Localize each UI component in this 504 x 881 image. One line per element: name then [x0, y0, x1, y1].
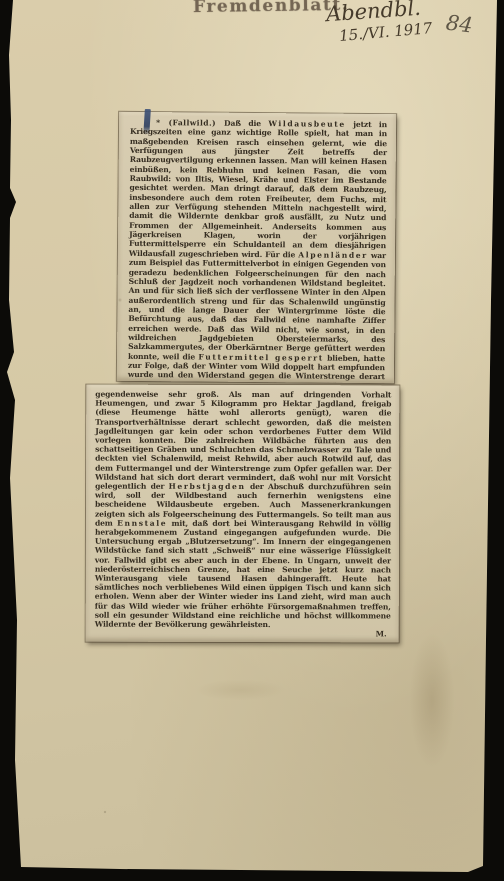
segment-lead: * (Fallwild.) — [156, 118, 224, 128]
text-segment: jetzt in Kriegszeiten eine ganz wichtige… — [129, 120, 387, 259]
clipping-top-text: * (Fallwild.) Daß die Wildausbeute jetzt… — [117, 112, 396, 383]
album-page: Fremdenblatt. Abendbl. 15./VI. 1917 84 *… — [0, 0, 504, 881]
text-segment: gegendenweise sehr groß. Als man auf dri… — [95, 390, 391, 491]
scan-background: Fremdenblatt. Abendbl. 15./VI. 1917 84 *… — [0, 0, 504, 881]
segment-sig: M. — [376, 629, 387, 638]
segment-em: Alpenländer — [298, 250, 368, 260]
segment-em: Ennstale — [117, 519, 167, 528]
handwritten-page-number: 84 — [445, 10, 474, 37]
text-segment: mit, daß dort bei Winterausgang Rehwild … — [95, 519, 391, 630]
clipping-bottom-text: gegendenweise sehr groß. Als man auf dri… — [86, 385, 400, 643]
newspaper-clipping-top: * (Fallwild.) Daß die Wildausbeute jetzt… — [117, 112, 396, 383]
text-segment: Daß die — [224, 119, 268, 128]
segment-em: Wildausbeute — [268, 119, 345, 129]
newspaper-clipping-bottom: gegendenweise sehr groß. Als man auf dri… — [86, 385, 400, 643]
text-segment: war zum Beispiel das Futtermittelverbot … — [128, 251, 386, 361]
segment-em: Herbstjagden — [169, 482, 246, 491]
